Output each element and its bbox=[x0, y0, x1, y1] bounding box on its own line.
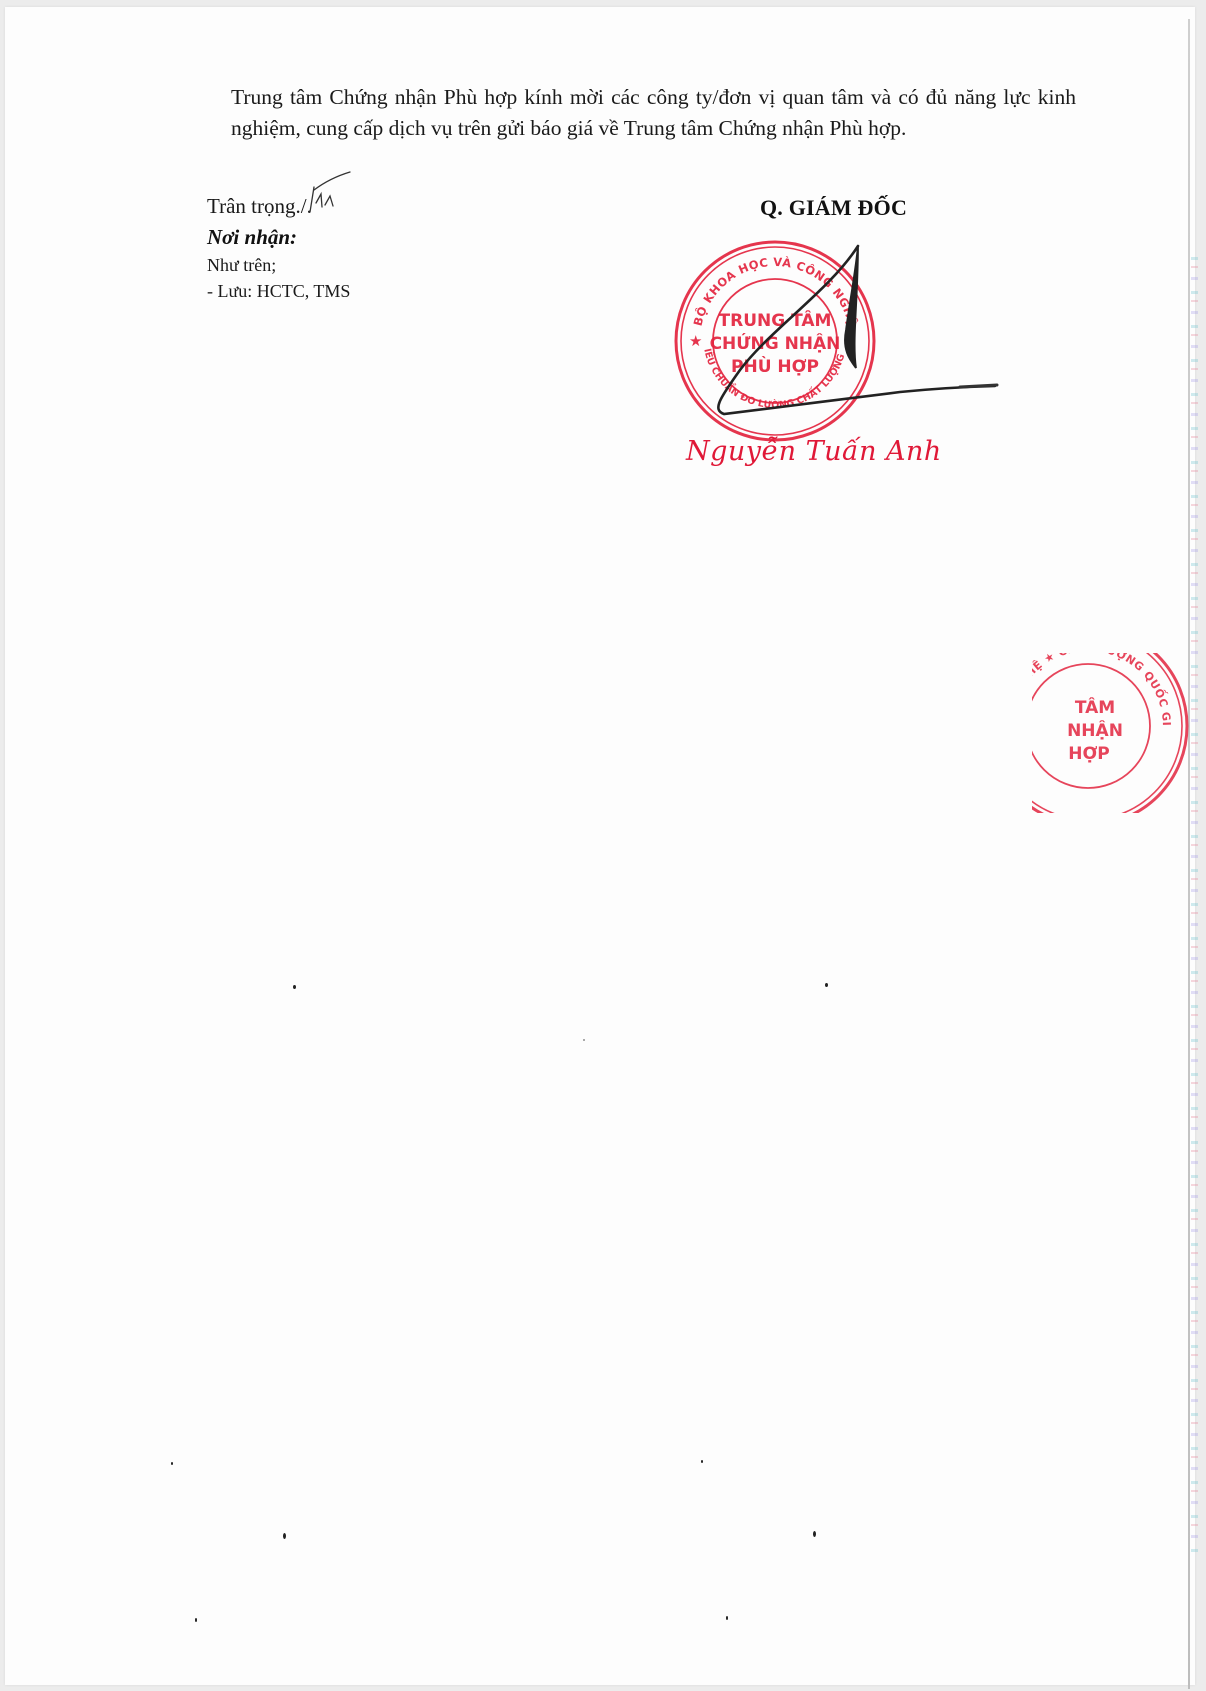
scan-edge-artifact bbox=[1191, 257, 1198, 1557]
document-page bbox=[5, 7, 1195, 1685]
stamp-center-line: CHỨNG NHẬN bbox=[710, 332, 841, 354]
partial-stamp-line: TÂM bbox=[1075, 696, 1115, 718]
partial-stamp-line: NHẬN bbox=[1067, 719, 1123, 741]
scan-speck bbox=[583, 1039, 585, 1041]
stamp-center-line: PHÙ HỢP bbox=[731, 355, 819, 377]
scan-speck bbox=[825, 983, 828, 987]
scan-speck bbox=[726, 1616, 728, 1620]
scan-speck bbox=[293, 985, 296, 989]
scan-speck bbox=[195, 1618, 197, 1622]
stamp-star-icon: ★ bbox=[689, 332, 702, 350]
recipients-heading: Nơi nhận: bbox=[207, 225, 297, 250]
stamp-center-line: TRUNG TÂM bbox=[719, 309, 832, 331]
signer-name: Nguyễn Tuấn Anh bbox=[686, 436, 942, 467]
recipient-item: Như trên; bbox=[207, 252, 350, 278]
partial-stamp-line: HỢP bbox=[1068, 744, 1110, 764]
signer-title: Q. GIÁM ĐỐC bbox=[760, 195, 907, 221]
page-edge bbox=[1188, 19, 1190, 1689]
closing-salutation: Trân trọng./. bbox=[207, 194, 312, 219]
recipients-list: Như trên; - Lưu: HCTC, TMS bbox=[207, 252, 350, 304]
scan-speck bbox=[813, 1531, 816, 1537]
scan-speck bbox=[701, 1460, 703, 1463]
scan-speck bbox=[283, 1533, 286, 1539]
recipient-item: - Lưu: HCTC, TMS bbox=[207, 278, 350, 304]
partial-stamp: CÔNG NGHỆ ★ CHẤT LƯỢNG QUỐC GIA TÂM NHẬN… bbox=[1032, 653, 1192, 813]
official-stamp: BỘ KHOA HỌC VÀ CÔNG NGHỆ ỦY BAN TIÊU CHU… bbox=[672, 238, 878, 444]
scan-speck bbox=[171, 1462, 173, 1465]
body-paragraph: Trung tâm Chứng nhận Phù hợp kính mời cá… bbox=[231, 82, 1076, 144]
